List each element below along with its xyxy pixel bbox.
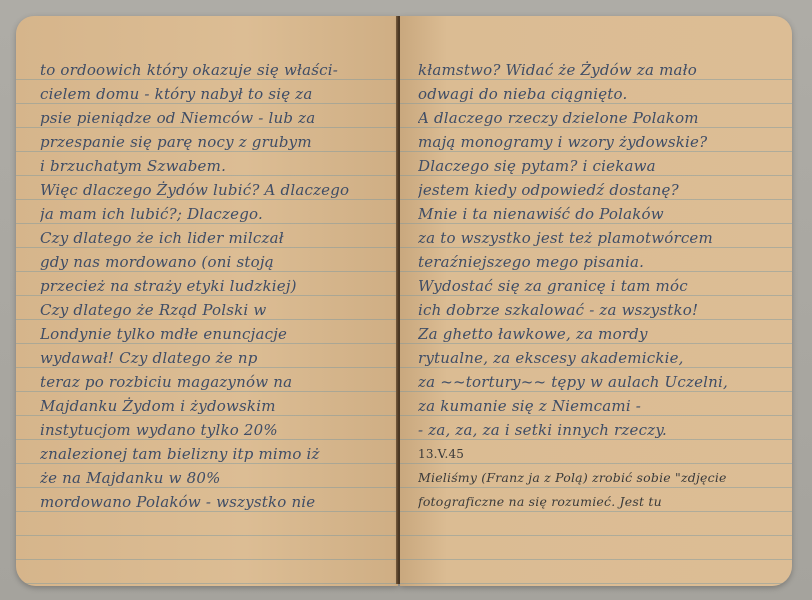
notebook-right-page: kłamstwo? Widać że Żydów za mało odwagi … <box>400 16 792 586</box>
handwritten-line: i brzuchatym Szwabem. <box>40 154 384 178</box>
handwritten-line: jestem kiedy odpowiedź dostanę? <box>418 178 778 202</box>
entry-date: 13.V.45 <box>418 442 778 466</box>
handwritten-line: fotograficzne na się rozumieć. Jest tu <box>418 490 778 514</box>
handwritten-line: kłamstwo? Widać że Żydów za mało <box>418 58 778 82</box>
handwritten-line: instytucjom wydano tylko 20% <box>40 418 384 442</box>
handwritten-line: Czy dlatego że Rząd Polski w <box>40 298 384 322</box>
handwritten-line: Londynie tylko mdłe enuncjacje <box>40 322 384 346</box>
handwritten-line: przespanie się parę nocy z grubym <box>40 130 384 154</box>
handwritten-line: teraz po rozbiciu magazynów na <box>40 370 384 394</box>
handwritten-line: Więc dlaczego Żydów lubić? A dlaczego <box>40 178 384 202</box>
notebook-left-page: to ordoowich który okazuje się właści- c… <box>16 16 398 586</box>
handwritten-line: Mnie i ta nienawiść do Polaków <box>418 202 778 226</box>
handwritten-line: za kumanie się z Niemcami - <box>418 394 778 418</box>
right-page-text: kłamstwo? Widać że Żydów za mało odwagi … <box>418 58 778 514</box>
handwritten-line: Majdanku Żydom i żydowskim <box>40 394 384 418</box>
handwritten-line: teraźniejszego mego pisania. <box>418 250 778 274</box>
handwritten-line: że na Majdanku w 80% <box>40 466 384 490</box>
handwritten-line: cielem domu - który nabył to się za <box>40 82 384 106</box>
handwritten-line: Za ghetto ławkowe, za mordy <box>418 322 778 346</box>
handwritten-line: przecież na straży etyki ludzkiej) <box>40 274 384 298</box>
handwritten-line: ich dobrze szkalować - za wszystko! <box>418 298 778 322</box>
handwritten-line: psie pieniądze od Niemców - lub za <box>40 106 384 130</box>
handwritten-line: mordowano Polaków - wszystko nie <box>40 490 384 514</box>
handwritten-line: Dlaczego się pytam? i ciekawa <box>418 154 778 178</box>
handwritten-line: rytualne, za ekscesy akademickie, <box>418 346 778 370</box>
handwritten-line: A dlaczego rzeczy dzielone Polakom <box>418 106 778 130</box>
handwritten-line: gdy nas mordowano (oni stoją <box>40 250 384 274</box>
handwritten-line: ja mam ich lubić?; Dlaczego. <box>40 202 384 226</box>
handwritten-line: Wydostać się za granicę i tam móc <box>418 274 778 298</box>
handwritten-line: Czy dlatego że ich lider milczał <box>40 226 384 250</box>
handwritten-line: za ~~tortury~~ tępy w aulach Uczelni, <box>418 370 778 394</box>
handwritten-line: to ordoowich który okazuje się właści- <box>40 58 384 82</box>
handwritten-line: - za, za, za i setki innych rzeczy. <box>418 418 778 442</box>
handwritten-line: znalezionej tam bielizny itp mimo iż <box>40 442 384 466</box>
handwritten-line: odwagi do nieba ciągnięto. <box>418 82 778 106</box>
handwritten-line: za to wszystko jest też plamotwórcem <box>418 226 778 250</box>
handwritten-line: wydawał! Czy dlatego że np <box>40 346 384 370</box>
left-page-text: to ordoowich który okazuje się właści- c… <box>40 58 384 514</box>
handwritten-line: Mieliśmy (Franz ja z Polą) zrobić sobie … <box>418 466 778 490</box>
handwritten-line: mają monogramy i wzory żydowskie? <box>418 130 778 154</box>
